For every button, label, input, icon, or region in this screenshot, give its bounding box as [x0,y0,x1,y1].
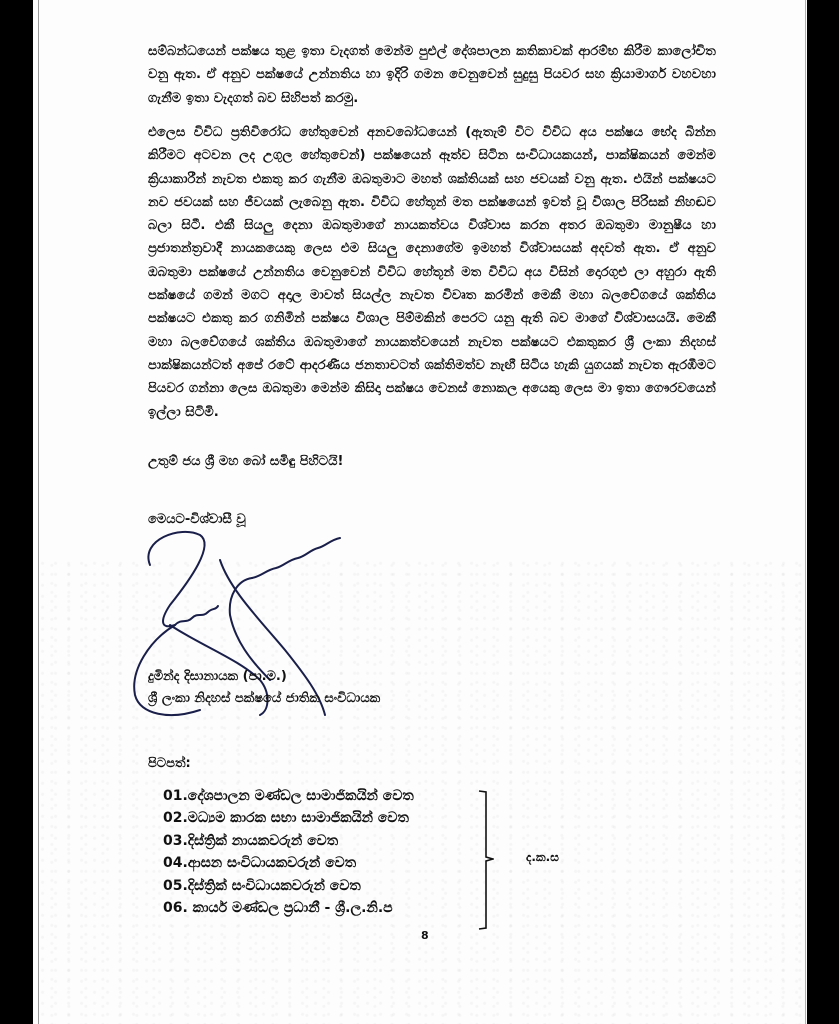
closing-blessing: උතුම් ජය ශ්‍රී මහ බෝ සමිඳු පිහිටයි! [148,450,716,473]
page-number: 8 [421,929,429,942]
black-frame-right [807,0,839,1024]
copies-heading: පිටපත්: [148,752,716,775]
copy-recipient: 01.දේශපාලන මණ්ඩල සාමාජිකයින් වෙත [163,785,414,807]
signatory-name: දුමින්ද දිසානායක (පා.ම.) [148,666,448,688]
black-frame-left [0,0,33,1024]
copy-recipient: 03.දිස්ත්‍රික් නායකවරුන් වෙත [163,830,414,852]
page-edge-right [805,0,806,1024]
page-edge-left [38,0,39,1024]
copies-group-label: ද.ක.ස [526,850,559,865]
body-paragraph-1: සම්බන්ධයෙන් පක්ෂය තුළ ඉතා වැදගත් මෙන්ම ප… [148,40,716,110]
copy-recipient: 02.මධ්‍යම කාරක සභා සාමාජිකයින් වෙත [163,807,414,829]
sign-off: මෙයට-විශ්වාසී වූ [148,508,716,531]
signatory-title: ශ්‍රී ලංකා නිදහස් පක්ෂයේ ජාතික සංවිධායක [148,688,468,710]
copy-recipient: 04.ආසන සංවිධායකවරුන් වෙත [163,852,414,874]
body-paragraph-2: එලෙස විවිධ ප්‍රතිවිරෝධ හේතුවෙන් අනවබෝධයෙ… [148,121,716,424]
copy-recipient: 06. කාර්ය මණ්ඩල ප්‍රධානී - ශ්‍රී.ල.නි.ප [163,897,414,919]
copies-list: 01.දේශපාලන මණ්ඩල සාමාජිකයින් වෙත 02.මධ්‍… [163,785,414,919]
copy-recipient: 05.දිස්ත්‍රික් සංවිධායකවරුන් වෙත [163,875,414,897]
right-brace-icon [478,789,494,931]
